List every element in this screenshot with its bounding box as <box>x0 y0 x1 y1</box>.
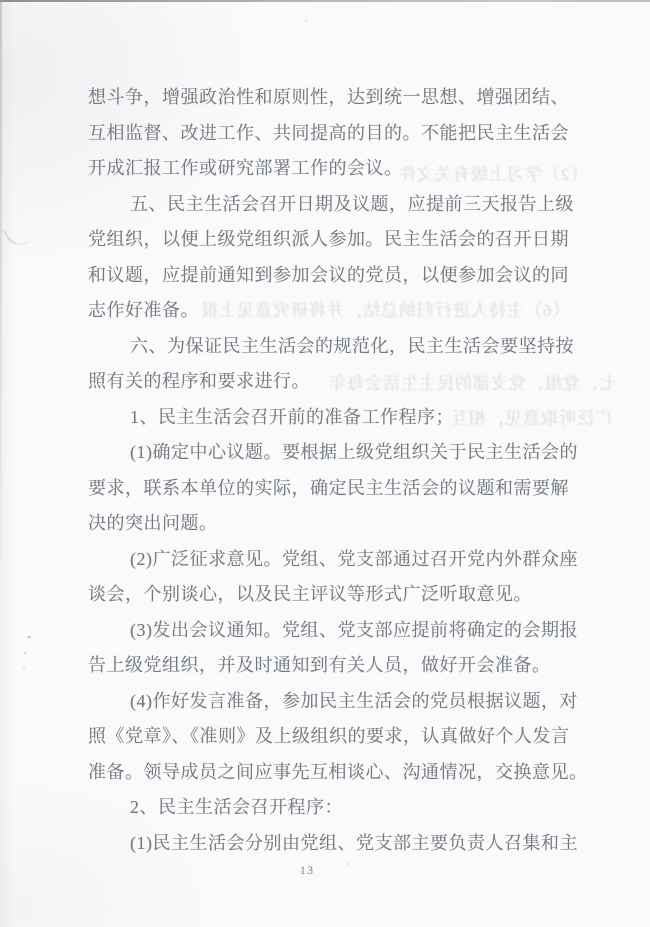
scan-speckle <box>347 863 349 865</box>
text-line: 2、民主生活会召开程序： <box>88 790 570 826</box>
text-line: 1、民主生活会召开前的准备工作程序； <box>88 400 570 436</box>
text-line: (1)民主生活会分别由党组、党支部主要负责人召集和主 <box>88 826 570 862</box>
text-line: 党组织，以便上级党组织派人参加。民主生活会的召开日期 <box>88 222 570 258</box>
text-line: (3)发出会议通知。党组、党支部应提前将确定的会期报 <box>88 613 570 649</box>
text-line: 准备。领导成员之间应事先互相谈心、沟通情况，交换意见。 <box>88 755 570 791</box>
text-line: 五、民主生活会召开日期及议题，应提前三天报告上级 <box>88 187 570 223</box>
scan-edge-artifact-top <box>0 0 650 2</box>
text-line: 要求，联系本单位的实际，确定民主生活会的议题和需要解 <box>88 471 570 507</box>
text-line: 谈会，个别谈心，以及民主评议等形式广泛听取意见。 <box>88 577 570 613</box>
scanned-document-page: （2）学习上级有关文件（6）主持人进行归纳总结，并将研究意见上报七、党组、党支部… <box>0 0 650 927</box>
text-line: 六、为保证民主生活会的规范化，民主生活会要坚持按 <box>88 329 570 365</box>
document-body-text: 想斗争，增强政治性和原则性，达到统一思想、增强团结、互相监督、改进工作、共同提高… <box>88 80 570 861</box>
text-line: (1)确定中心议题。要根据上级党组织关于民主生活会的 <box>88 435 570 471</box>
scan-edge-artifact-left <box>0 0 2 560</box>
text-line: (2)广泛征求意见。党组、党支部通过召开党内外群众座 <box>88 542 570 578</box>
text-line: 互相监督、改进工作、共同提高的目的。不能把民主生活会 <box>88 116 570 152</box>
page-number: 13 <box>300 865 315 877</box>
text-line: (4)作好发言准备，参加民主生活会的党员根据议题，对 <box>88 684 570 720</box>
text-line: 志作好准备。 <box>88 293 570 329</box>
text-line: 开成汇报工作或研究部署工作的会议。 <box>88 151 570 187</box>
text-line: 告上级党组织，并及时通知到有关人员，做好开会准备。 <box>88 648 570 684</box>
scan-speckle <box>23 668 25 670</box>
text-line: 想斗争，增强政治性和原则性，达到统一思想、增强团结、 <box>88 80 570 116</box>
text-line: 和议题，应提前通知到参加会议的党员，以便参加会议的同 <box>88 258 570 294</box>
text-line: 照有关的程序和要求进行。 <box>88 364 570 400</box>
scan-speckle <box>24 652 26 654</box>
text-line: 照《党章》、《准则》及上级组织的要求，认真做好个人发言 <box>88 719 570 755</box>
paper-crease-mark <box>4 223 29 250</box>
scan-speckle <box>305 20 307 22</box>
text-line: 决的突出问题。 <box>88 506 570 542</box>
scan-speckle <box>27 636 31 638</box>
